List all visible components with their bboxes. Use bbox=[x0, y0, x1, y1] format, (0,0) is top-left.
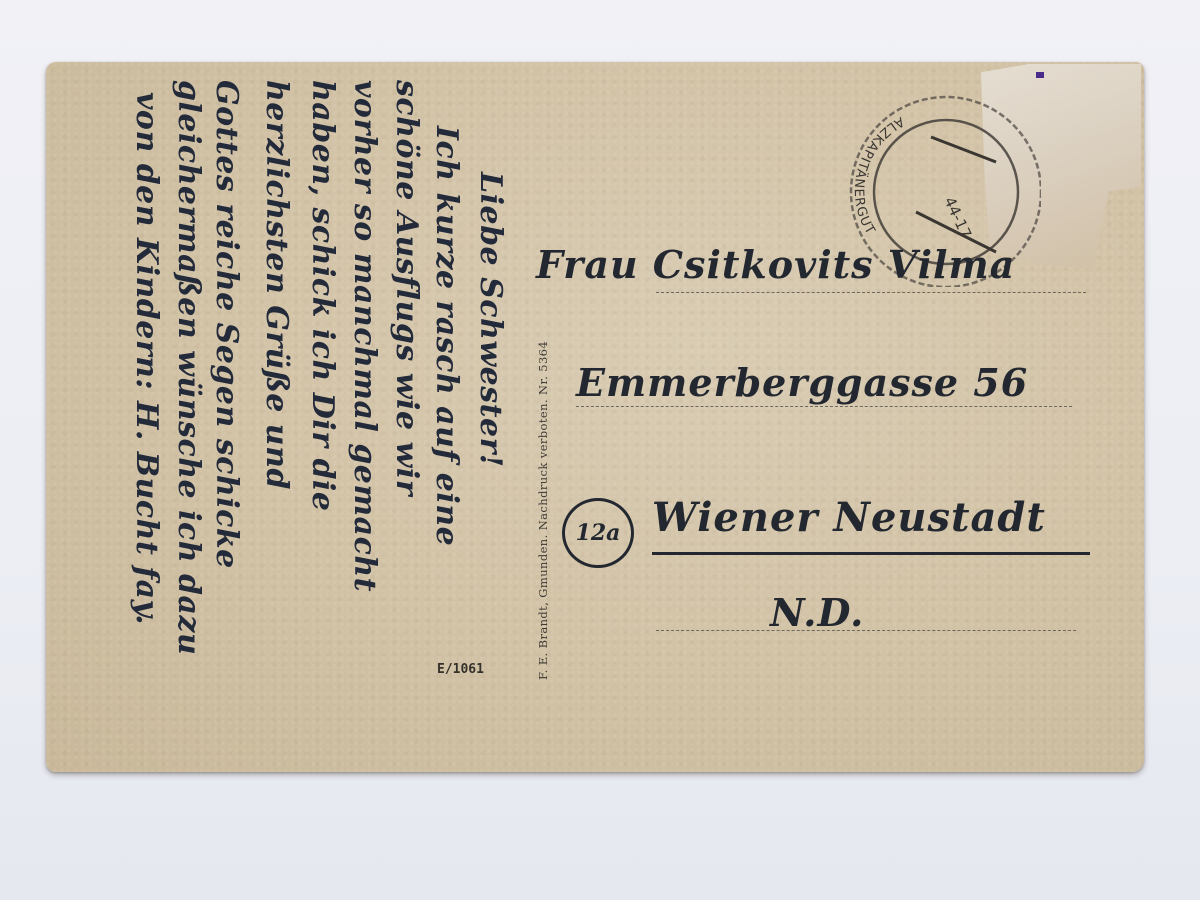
message-column: Ich kurze rasch auf eine bbox=[429, 126, 464, 546]
address-underline-3 bbox=[652, 552, 1090, 555]
district-circle: 12a bbox=[562, 498, 634, 568]
address-line-1: Frau Csitkovits Vilma bbox=[536, 242, 1015, 287]
message-column: haben, schick ich Dir die bbox=[305, 80, 340, 511]
address-line-3: Wiener Neustadt bbox=[652, 494, 1046, 541]
address-rule-4 bbox=[656, 630, 1076, 631]
stamp-remnant-mark bbox=[1036, 72, 1044, 78]
address-line-4: N.D. bbox=[770, 590, 864, 635]
message-column: gleichermaßen wünsche ich dazu bbox=[171, 80, 206, 655]
address-rule-1 bbox=[656, 292, 1086, 293]
address-line-2: Emmerberggasse 56 bbox=[576, 360, 1028, 405]
publisher-line: F. E. Brandt, Gmunden. Nachdruck verbote… bbox=[536, 341, 550, 680]
message-column: herzlichsten Grüße und bbox=[259, 80, 294, 490]
message-column: schöne Ausflugs wie wir bbox=[389, 80, 424, 496]
district-number: 12a bbox=[576, 520, 621, 546]
postcard: 44-17 ALZKAPITÄNERGUT F. E. Brandt, Gmun… bbox=[46, 62, 1144, 772]
message-column: von den Kindern: H. Bucht fay. bbox=[129, 92, 164, 625]
message-column: Gottes reiche Segen schicke bbox=[209, 80, 244, 569]
svg-text:44-17: 44-17 bbox=[940, 194, 975, 241]
message-column: vorher so manchmal gemacht bbox=[347, 80, 382, 592]
series-number: E/1061 bbox=[437, 662, 484, 677]
message-column: Liebe Schwester! bbox=[473, 172, 508, 468]
address-rule-2 bbox=[576, 406, 1072, 407]
